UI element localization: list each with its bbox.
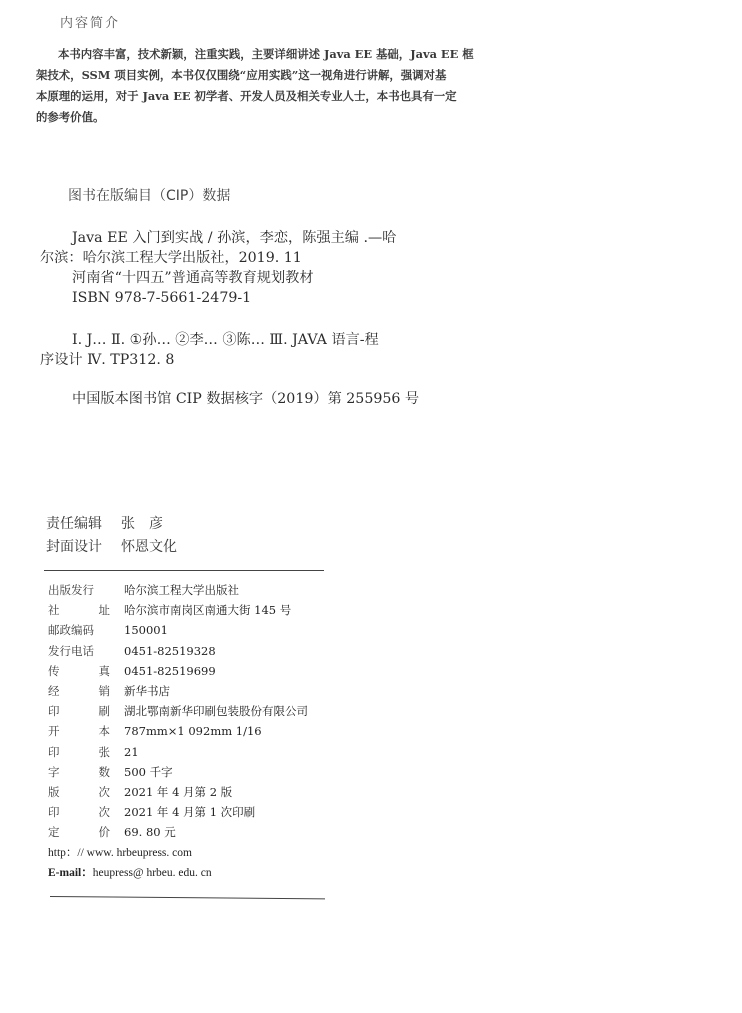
pub-label-text: 社 bbox=[48, 600, 60, 620]
pub-label: 印次 bbox=[48, 802, 110, 822]
cip-heading: 图书在版编目（CIP）数据 bbox=[68, 185, 230, 205]
pub-label: 出版发行 bbox=[48, 580, 110, 600]
email-row: E-mail：heupress@ hrbeu. edu. cn bbox=[48, 863, 308, 883]
pub-value: 哈尔滨市南岗区南通大街 145 号 bbox=[124, 600, 291, 620]
cip-isbn: ISBN 978-7-5661-2479-1 bbox=[40, 288, 396, 308]
website-link[interactable]: // www. hrbeupress. com bbox=[77, 847, 192, 859]
pub-value: 2021 年 4 月第 2 版 bbox=[124, 782, 232, 802]
pub-label-text: 开 bbox=[48, 721, 60, 741]
credit-value: 张 彦 bbox=[121, 513, 163, 536]
pub-label-text: 真 bbox=[99, 661, 111, 681]
pub-label-text: 定 bbox=[48, 822, 60, 842]
email-label: E-mail： bbox=[48, 867, 93, 879]
pub-row-format: 开本 787mm×1 092mm 1/16 bbox=[48, 721, 308, 741]
cip-classification: Ⅰ. J… Ⅱ. ①孙… ②李… ③陈… Ⅲ. JAVA 语言-程 序设计 Ⅳ.… bbox=[40, 330, 379, 370]
pub-row-sheets: 印张 21 bbox=[48, 742, 308, 762]
pub-label-text: 销 bbox=[99, 681, 111, 701]
pub-value: 150001 bbox=[124, 620, 168, 640]
cip-class-line: Ⅰ. J… Ⅱ. ①孙… ②李… ③陈… Ⅲ. JAVA 语言-程 bbox=[40, 330, 379, 350]
pub-value: 500 千字 bbox=[124, 762, 173, 782]
pub-label-text: 刷 bbox=[99, 701, 111, 721]
credits: 责任编辑 张 彦 封面设计 怀恩文化 bbox=[46, 513, 177, 559]
intro-line: 本书内容丰富，技术新颖，注重实践，主要详细讲述 Java EE 基础，Java … bbox=[36, 44, 506, 65]
pub-row-price: 定价 69. 80 元 bbox=[48, 822, 308, 842]
pub-label: 印张 bbox=[48, 742, 110, 762]
pub-row-distributor: 经销 新华书店 bbox=[48, 681, 308, 701]
pub-label-text: 印 bbox=[48, 701, 60, 721]
pub-row-postcode: 邮政编码 150001 bbox=[48, 620, 308, 640]
credit-row-cover-design: 封面设计 怀恩文化 bbox=[46, 536, 177, 559]
pub-label: 字数 bbox=[48, 762, 110, 782]
intro-title: 内容简介 bbox=[60, 12, 120, 31]
pub-label: 社址 bbox=[48, 600, 110, 620]
pub-label: 印刷 bbox=[48, 701, 110, 721]
cip-entry-line: Java EE 入门到实战 / 孙滨，李恋，陈强主编 .—哈 bbox=[40, 228, 396, 248]
credit-row-editor: 责任编辑 张 彦 bbox=[46, 513, 177, 536]
intro-line: 的参考价值。 bbox=[36, 107, 506, 128]
pub-row-word-count: 字数 500 千字 bbox=[48, 762, 308, 782]
credit-label: 封面设计 bbox=[46, 536, 121, 559]
pub-label-text: 价 bbox=[99, 822, 111, 842]
website-row: http：// www. hrbeupress. com bbox=[48, 843, 308, 863]
pub-value: 787mm×1 092mm 1/16 bbox=[124, 721, 262, 741]
pub-row-phone: 发行电话 0451-82519328 bbox=[48, 641, 308, 661]
credit-label: 责任编辑 bbox=[46, 513, 121, 536]
divider-top bbox=[44, 570, 324, 571]
pub-row-printer: 印刷 湖北鄂南新华印刷包装股份有限公司 bbox=[48, 701, 308, 721]
intro-paragraph: 本书内容丰富，技术新颖，注重实践，主要详细讲述 Java EE 基础，Java … bbox=[36, 44, 506, 128]
website-label: http： bbox=[48, 847, 77, 859]
pub-label-text: 发行电话 bbox=[48, 641, 94, 661]
pub-label: 传真 bbox=[48, 661, 110, 681]
pub-label-text: 邮政编码 bbox=[48, 620, 94, 640]
email-link[interactable]: heupress@ hrbeu. edu. cn bbox=[93, 867, 212, 879]
pub-value: 21 bbox=[124, 742, 139, 762]
pub-label: 开本 bbox=[48, 721, 110, 741]
pub-label-text: 址 bbox=[99, 600, 111, 620]
pub-label-text: 印 bbox=[48, 802, 60, 822]
pub-label: 版次 bbox=[48, 782, 110, 802]
cip-entry-line: 河南省“十四五”普通高等教育规划教材 bbox=[40, 268, 396, 288]
pub-label-text: 次 bbox=[99, 782, 111, 802]
pub-label-text: 经 bbox=[48, 681, 60, 701]
pub-row-printing: 印次 2021 年 4 月第 1 次印刷 bbox=[48, 802, 308, 822]
pub-value: 69. 80 元 bbox=[124, 822, 176, 842]
pub-value: 哈尔滨工程大学出版社 bbox=[124, 580, 239, 600]
cip-class-line: 序设计 Ⅳ. TP312. 8 bbox=[40, 350, 379, 370]
pub-row-publisher: 出版发行 哈尔滨工程大学出版社 bbox=[48, 580, 308, 600]
pub-label-text: 印 bbox=[48, 742, 60, 762]
intro-line: 本原理的运用，对于 Java EE 初学者、开发人员及相关专业人士，本书也具有一… bbox=[36, 86, 506, 107]
pub-label-text: 张 bbox=[99, 742, 111, 762]
pub-label-text: 版 bbox=[48, 782, 60, 802]
pub-value: 湖北鄂南新华印刷包装股份有限公司 bbox=[124, 701, 308, 721]
intro-line: 架技术，SSM 项目实例，本书仅仅围绕“应用实践”这一视角进行讲解，强调对基 bbox=[36, 65, 506, 86]
pub-row-address: 社址 哈尔滨市南岗区南通大街 145 号 bbox=[48, 600, 308, 620]
pub-label: 定价 bbox=[48, 822, 110, 842]
pub-label-text: 传 bbox=[48, 661, 60, 681]
pub-label-text: 字 bbox=[48, 762, 60, 782]
cip-entry-line: 尔滨：哈尔滨工程大学出版社，2019. 11 bbox=[40, 248, 396, 268]
credit-value: 怀恩文化 bbox=[121, 536, 177, 559]
pub-value: 新华书店 bbox=[124, 681, 170, 701]
pub-value: 0451-82519328 bbox=[124, 641, 216, 661]
pub-row-fax: 传真 0451-82519699 bbox=[48, 661, 308, 681]
pub-label-text: 次 bbox=[99, 802, 111, 822]
cip-entry: Java EE 入门到实战 / 孙滨，李恋，陈强主编 .—哈 尔滨：哈尔滨工程大… bbox=[40, 228, 396, 308]
pub-label-text: 数 bbox=[99, 762, 111, 782]
pub-label: 经销 bbox=[48, 681, 110, 701]
pub-value: 2021 年 4 月第 1 次印刷 bbox=[124, 802, 255, 822]
cip-record-number: 中国版本图书馆 CIP 数据核字（2019）第 255956 号 bbox=[72, 388, 419, 408]
pub-label-text: 出版发行 bbox=[48, 580, 94, 600]
pub-row-edition: 版次 2021 年 4 月第 2 版 bbox=[48, 782, 308, 802]
publication-info: 出版发行 哈尔滨工程大学出版社 社址 哈尔滨市南岗区南通大街 145 号 邮政编… bbox=[48, 580, 308, 883]
pub-label: 发行电话 bbox=[48, 641, 110, 661]
divider-bottom bbox=[50, 896, 325, 899]
pub-label-text: 本 bbox=[99, 721, 111, 741]
pub-label: 邮政编码 bbox=[48, 620, 110, 640]
pub-value: 0451-82519699 bbox=[124, 661, 216, 681]
